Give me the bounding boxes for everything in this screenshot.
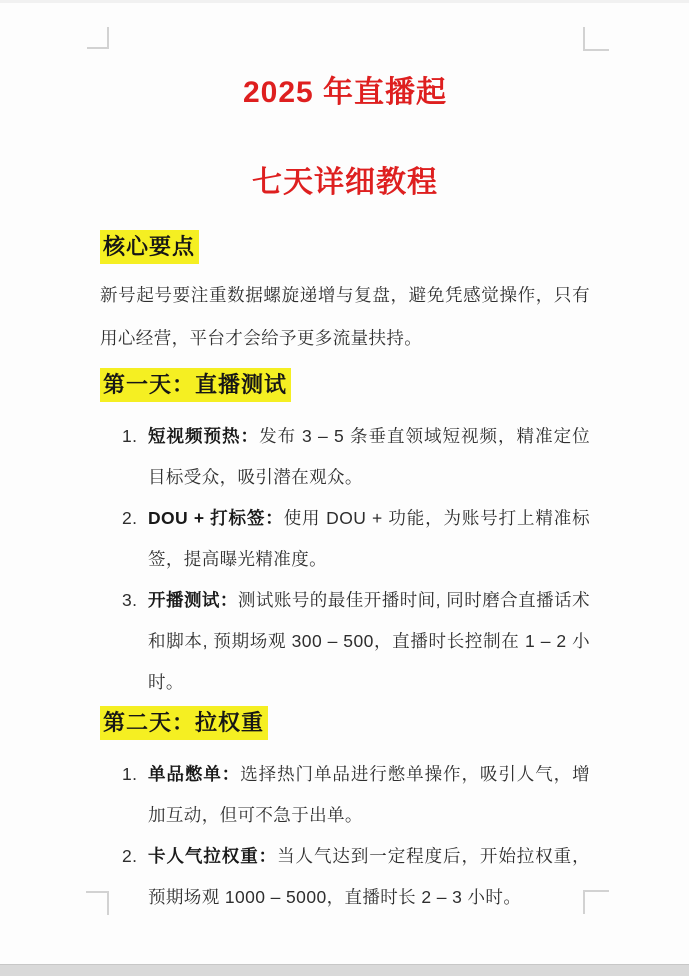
page-bottom-edge [0, 964, 689, 976]
list-item: 2. DOU + 打标签：使用 DOU + 功能，为账号打上精准标签，提高曝光精… [100, 498, 590, 580]
section-day1: 第一天：直播测试 [100, 368, 590, 402]
list-number: 2. [122, 836, 137, 877]
list-item: 1. 单品憋单：选择热门单品进行憋单操作，吸引人气，增加互动，但可不急于出单。 [100, 754, 590, 836]
list-item-label: 单品憋单： [148, 764, 240, 784]
list-item: 2. 卡人气拉权重：当人气达到一定程度后，开始拉权重，预期场观 1000 – 5… [100, 836, 590, 918]
list-number: 2. [122, 498, 137, 539]
section-core: 核心要点 [100, 230, 590, 264]
list-item-label: DOU + 打标签： [148, 508, 284, 528]
day2-list: 1. 单品憋单：选择热门单品进行憋单操作，吸引人气，增加互动，但可不急于出单。 … [100, 754, 590, 918]
list-item-label: 开播测试： [148, 590, 238, 610]
list-number: 3. [122, 580, 137, 621]
core-paragraph: 新号起号要注重数据螺旋递增与复盘，避免凭感觉操作，只有用心经营，平台才会给予更多… [100, 274, 590, 360]
document-body: 2025 年直播起 七天详细教程 核心要点 新号起号要注重数据螺旋递增与复盘，避… [100, 0, 590, 918]
list-number: 1. [122, 416, 137, 457]
list-item: 3. 开播测试：测试账号的最佳开播时间, 同时磨合直播话术和脚本, 预期场观 3… [100, 580, 590, 703]
section-heading-day1: 第一天：直播测试 [100, 368, 291, 402]
list-item: 1. 短视频预热：发布 3 – 5 条垂直领域短视频，精准定位目标受众，吸引潜在… [100, 416, 590, 498]
section-day2: 第二天：拉权重 [100, 706, 590, 740]
doc-title-line1: 2025 年直播起 [100, 76, 590, 110]
list-item-label: 卡人气拉权重： [148, 846, 277, 866]
list-item-label: 短视频预热： [148, 426, 259, 446]
section-heading-day2: 第二天：拉权重 [100, 706, 268, 740]
section-heading-core: 核心要点 [100, 230, 199, 264]
day1-list: 1. 短视频预热：发布 3 – 5 条垂直领域短视频，精准定位目标受众，吸引潜在… [100, 416, 590, 703]
document-page: 2025 年直播起 七天详细教程 核心要点 新号起号要注重数据螺旋递增与复盘，避… [0, 0, 689, 976]
doc-title-line2: 七天详细教程 [100, 166, 590, 200]
list-number: 1. [122, 754, 137, 795]
